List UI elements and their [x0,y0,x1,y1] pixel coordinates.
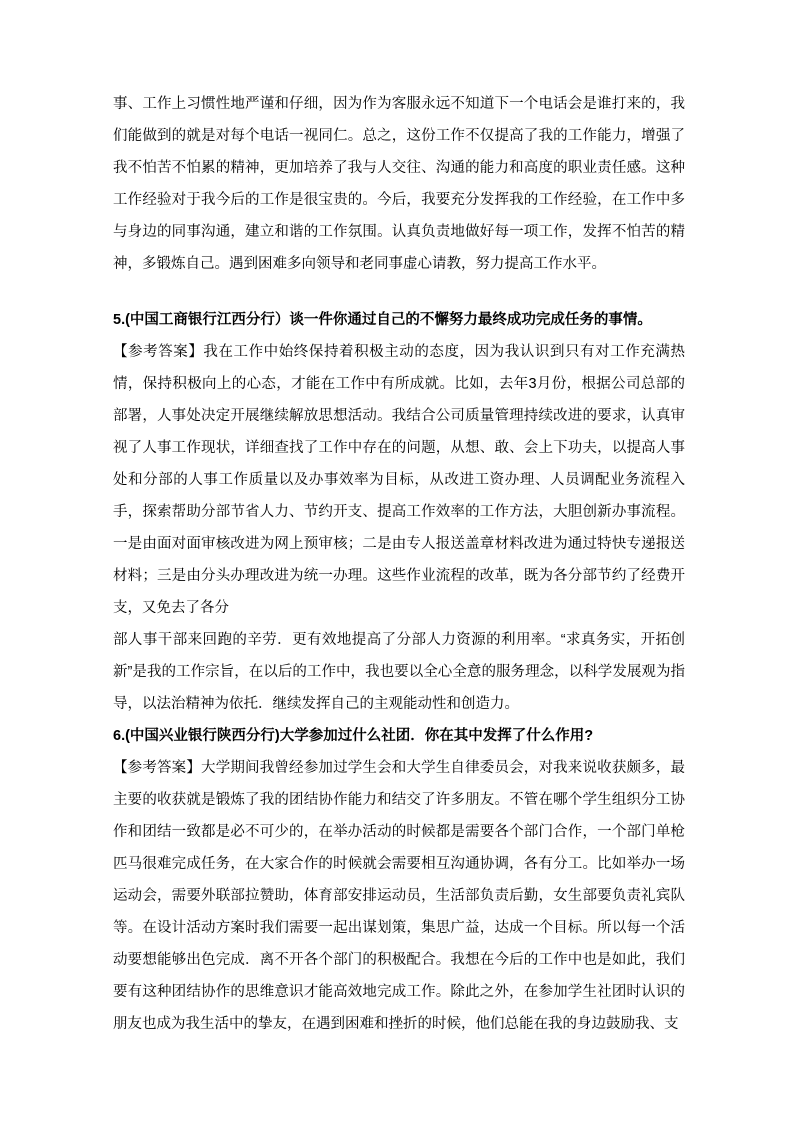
question-6-answer: 【参考答案】大学期间我曾经参加过学生会和大学生自律委员会，对我来说收获颇多，最主… [113,752,685,1040]
continuation-paragraph: 事、工作上习惯性地严谨和仔细，因为作为客服永远不知道下一个电话会是谁打来的，我们… [113,88,685,280]
question-5-answer-part-2: 部人事干部来回跑的辛劳．更有效地提高了分部人力资源的利用率。“求真务实，开拓创新… [113,624,685,720]
question-5-heading: 5.(中国工商银行江西分行）谈一件你通过自己的不懈努力最终成功完成任务的事情。 [113,304,685,336]
question-6-heading: 6.(中国兴业银行陕西分行)大学参加过什么社团．你在其中发挥了什么作用? [113,720,685,752]
document-page: 事、工作上习惯性地严谨和仔细，因为作为客服永远不知道下一个电话会是谁打来的，我们… [0,0,794,1123]
question-5-answer-part-1: 【参考答案】我在工作中始终保持着积极主动的态度，因为我认识到只有对工作充满热情，… [113,336,685,624]
